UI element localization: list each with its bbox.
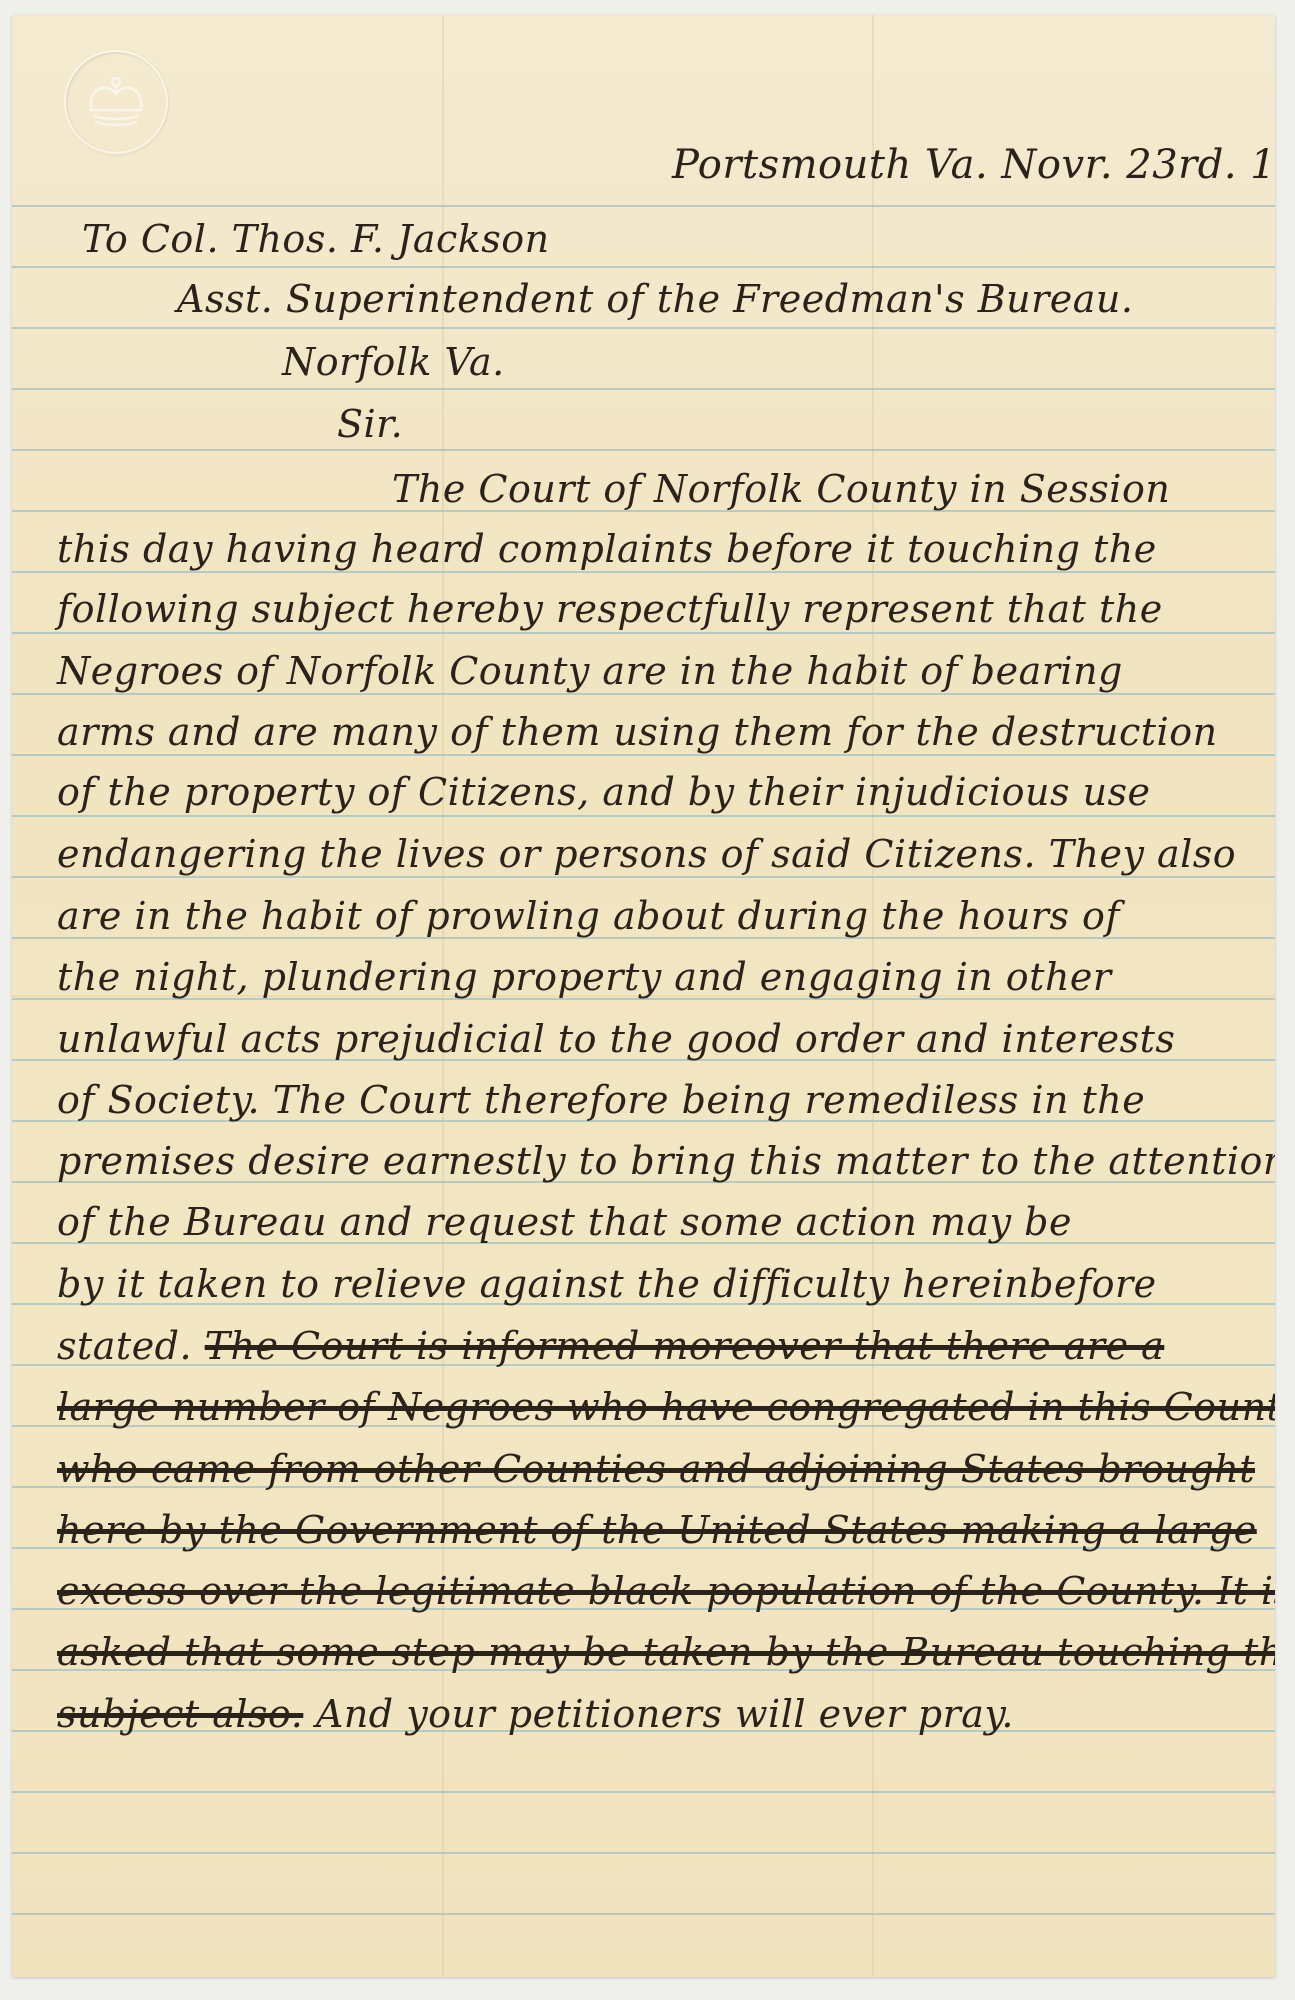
recipient-title: Asst. Superintendent of the Freedman's B…: [177, 280, 1133, 318]
ruled-line: [12, 815, 1275, 817]
body-line: arms and are many of them using them for…: [57, 713, 1218, 751]
body-line: of the Bureau and request that some acti…: [57, 1203, 1072, 1241]
recipient-name: To Col. Thos. F. Jackson: [82, 220, 550, 258]
ruled-line: [12, 388, 1275, 390]
body-text: stated.: [57, 1324, 205, 1368]
body-line: premises desire earnestly to bring this …: [57, 1142, 1275, 1180]
struck-line: large number of Negroes who have congreg…: [57, 1388, 1275, 1426]
struck-text: The Court is informed moreover that ther…: [205, 1324, 1165, 1368]
struck-line: who came from other Counties and adjoini…: [57, 1450, 1255, 1488]
struck-line: asked that some step may be taken by the…: [57, 1633, 1275, 1671]
body-line: the night, plundering property and engag…: [57, 958, 1112, 996]
dateline: Portsmouth Va. Novr. 23rd. 1865.: [672, 145, 1275, 185]
ruled-line: [12, 327, 1275, 329]
struck-line: here by the Government of the United Sta…: [57, 1511, 1257, 1549]
body-line: are in the habit of prowling about durin…: [57, 897, 1120, 935]
letter-page: Portsmouth Va. Novr. 23rd. 1865. To Col.…: [12, 15, 1275, 1977]
body-line: by it taken to relieve against the diffi…: [57, 1265, 1157, 1303]
ruled-line: [12, 1791, 1275, 1793]
struck-text: subject also.: [57, 1692, 303, 1736]
ruled-line: [12, 876, 1275, 878]
crown-embossed-seal-icon: [64, 50, 168, 154]
body-line: following subject hereby respectfully re…: [57, 590, 1163, 628]
body-line: The Court of Norfolk County in Session: [392, 470, 1170, 508]
body-line: endangering the lives or persons of said…: [57, 835, 1236, 873]
body-line: of the property of Citizens, and by thei…: [57, 773, 1151, 811]
closing-line: subject also. And your petitioners will …: [57, 1695, 1014, 1733]
closing-text: And your petitioners will ever pray.: [303, 1692, 1014, 1736]
body-line: of Society. The Court therefore being re…: [57, 1081, 1145, 1119]
ruled-line: [12, 571, 1275, 573]
body-line: unlawful acts prejudicial to the good or…: [57, 1020, 1175, 1058]
ruled-line: [12, 632, 1275, 634]
ruled-line: [12, 693, 1275, 695]
greeting: Sir.: [337, 405, 403, 443]
body-line-mixed: stated. The Court is informed moreover t…: [57, 1327, 1164, 1365]
body-line: this day having heard complaints before …: [57, 530, 1157, 568]
recipient-location: Norfolk Va.: [282, 343, 505, 381]
ruled-line: [12, 449, 1275, 451]
ruled-line: [12, 266, 1275, 268]
body-line: Negroes of Norfolk County are in the hab…: [57, 652, 1123, 690]
ruled-line: [12, 754, 1275, 756]
struck-line: excess over the legitimate black populat…: [57, 1572, 1275, 1610]
ruled-line: [12, 205, 1275, 207]
ruled-line: [12, 1852, 1275, 1854]
ruled-line: [12, 1913, 1275, 1915]
